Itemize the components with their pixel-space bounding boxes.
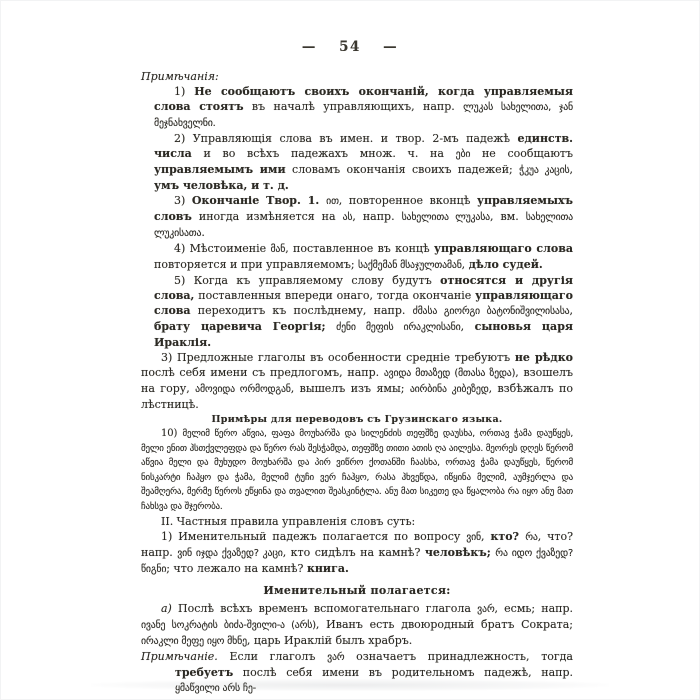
translation-examples-heading: Примѣры для переводовъ съ Грузинскаго яз… — [141, 412, 573, 427]
notes-list: 1) Не сообщаютъ своихъ окончаній, когда … — [154, 84, 573, 350]
note-item-2: 2) Управляющія слова въ имен. и твор. 2-… — [154, 131, 573, 193]
section-2-heading: II. Частныя правила управленія словъ сут… — [141, 514, 573, 529]
page-text-block: Примѣчанія: 1) Не сообщаютъ своихъ оконч… — [141, 69, 573, 696]
note-item-1: 1) Не сообщаютъ своихъ окончаній, когда … — [154, 84, 573, 131]
note-item-5: 5) Когда къ управляемому слову будутъ от… — [154, 273, 573, 350]
item-a-paragraph: а) Послѣ всѣхъ временъ вспомогательнаго … — [141, 601, 573, 649]
page-bottom-shadow — [91, 679, 609, 691]
note-item-3: 3) Окончаніе Твор. 1. ით, повторенное вк… — [154, 193, 573, 241]
scanned-book-page: — 54 — Примѣчанія: 1) Не сообщаютъ своих… — [0, 0, 700, 700]
nominative-rule-1-paragraph: 1) Именительный падежъ полагается по воп… — [141, 529, 573, 577]
nominative-usage-heading: Именительный полагается: — [141, 583, 573, 598]
prepositional-verbs-paragraph: 3) Предложные глаголы въ особенности сре… — [141, 350, 573, 412]
georgian-exercise-paragraph: 10) მელიმ წერო აწვია, ფაფა მოუხარშა და ს… — [141, 427, 573, 514]
page-number-header: — 54 — — [1, 39, 699, 55]
note-item-4: 4) Мѣстоименіе მან, поставленное въ конц… — [154, 241, 573, 273]
notes-section-heading: Примѣчанія: — [141, 69, 573, 84]
